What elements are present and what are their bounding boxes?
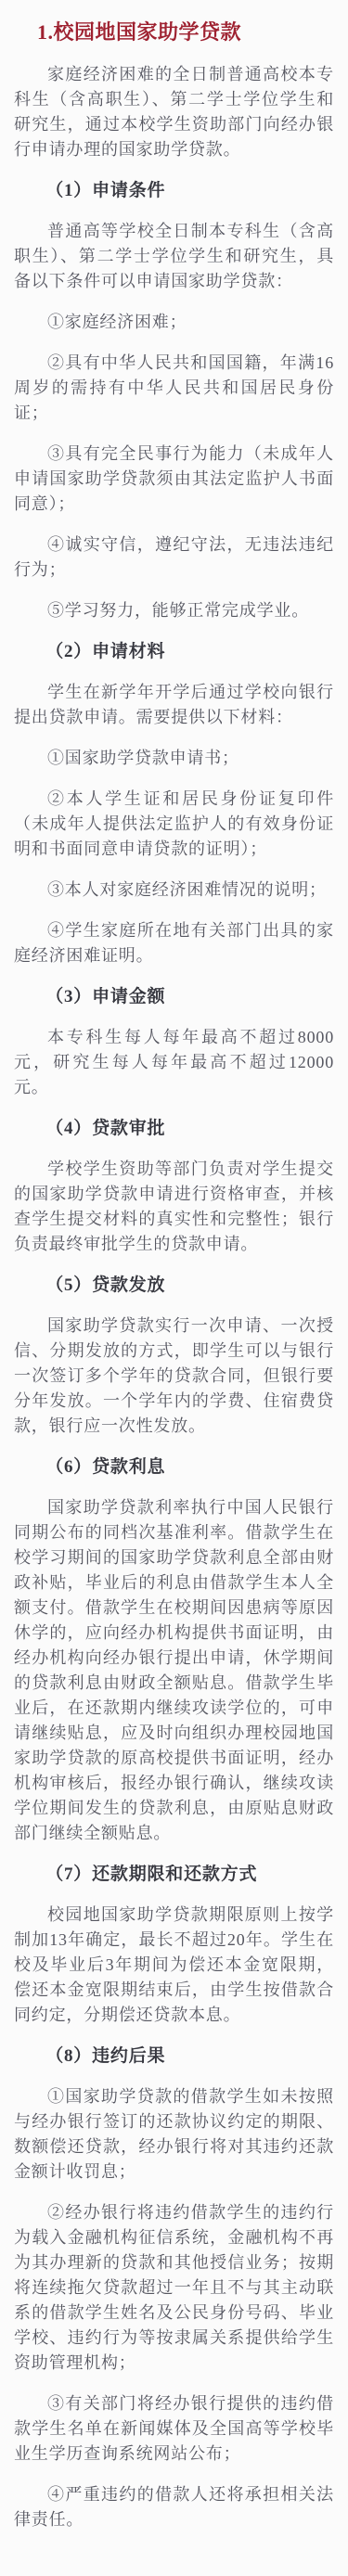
page-title: 1.校园地国家助学贷款 (14, 19, 334, 46)
section-application-materials: （2）申请材料 学生在新学年开学后通过学校向银行提出贷款申请。需要提供以下材料：… (14, 639, 334, 968)
list-item: ②经办银行将违约借款学生的违约行为载入金融机构征信系统，金融机构不再为其办理新的… (14, 2200, 334, 2376)
list-item: ④严重违约的借款人还将承担相关法律责任。 (14, 2482, 334, 2532)
paragraph: 学生在新学年开学后通过学校向银行提出贷款申请。需要提供以下材料： (14, 680, 334, 730)
list-item: ①国家助学贷款申请书； (14, 746, 334, 771)
paragraph: 校园地国家助学贷款期限原则上按学制加13年确定，最长不超过20年。学生在校及毕业… (14, 1903, 334, 2028)
list-item: ①国家助学贷款的借款学生如未按照与经办银行签订的还款协议约定的期限、数额偿还贷款… (14, 2084, 334, 2185)
list-item: ③本人对家庭经济困难情况的说明； (14, 878, 334, 903)
paragraph: 国家助学贷款实行一次申请、一次授信、分期发放的方式，即学生可以与银行一次签订多个… (14, 1314, 334, 1439)
paragraph: 国家助学贷款利率执行中国人民银行同期公布的同档次基准利率。借款学生在校学习期间的… (14, 1495, 334, 1846)
section-default-consequences: （8）违约后果 ①国家助学贷款的借款学生如未按照与经办银行签订的还款协议约定的期… (14, 2044, 334, 2532)
section-heading: （3）申请金额 (14, 984, 334, 1009)
section-heading: （8）违约后果 (14, 2044, 334, 2069)
paragraph: 本专科生每人每年最高不超过8000元，研究生每人每年最高不超过12000元。 (14, 1025, 334, 1100)
section-loan-disbursement: （5）贷款发放 国家助学贷款实行一次申请、一次授信、分期发放的方式，即学生可以与… (14, 1273, 334, 1439)
section-loan-interest: （6）贷款利息 国家助学贷款利率执行中国人民银行同期公布的同档次基准利率。借款学… (14, 1455, 334, 1846)
list-item: ④学生家庭所在地有关部门出具的家庭经济困难证明。 (14, 918, 334, 968)
section-heading: （6）贷款利息 (14, 1455, 334, 1480)
loan-policy-document: 1.校园地国家助学贷款 家庭经济困难的全日制普通高校本专科生（含高职生）、第二学… (0, 0, 348, 2576)
paragraph: 普通高等学校全日制本专科生（含高职生）、第二学士学位学生和研究生，具备以下条件可… (14, 219, 334, 294)
list-item: ③有关部门将经办银行提供的违约借款学生名单在新闻媒体及全国高等学校毕业生学历查询… (14, 2391, 334, 2467)
section-loan-approval: （4）贷款审批 学校学生资助等部门负责对学生提交的国家助学贷款申请进行资格审查，… (14, 1116, 334, 1257)
list-item: ③具有完全民事行为能力（未成年人申请国家助学贷款须由其法定监护人书面同意）； (14, 442, 334, 517)
section-heading: （5）贷款发放 (14, 1273, 334, 1298)
section-application-amount: （3）申请金额 本专科生每人每年最高不超过8000元，研究生每人每年最高不超过1… (14, 984, 334, 1100)
section-heading: （4）贷款审批 (14, 1116, 334, 1141)
section-application-conditions: （1）申请条件 普通高等学校全日制本专科生（含高职生）、第二学士学位学生和研究生… (14, 178, 334, 623)
list-item: ④诚实守信，遵纪守法，无违法违纪行为； (14, 532, 334, 583)
list-item: ②具有中华人民共和国国籍，年满16周岁的需持有中华人民共和国居民身份证； (14, 351, 334, 426)
section-repayment-terms: （7）还款期限和还款方式 校园地国家助学贷款期限原则上按学制加13年确定，最长不… (14, 1862, 334, 2028)
section-heading: （2）申请材料 (14, 639, 334, 664)
list-item: ②本人学生证和居民身份证复印件（未成年人提供法定监护人的有效身份证明和书面同意申… (14, 787, 334, 862)
list-item: ⑤学习努力，能够正常完成学业。 (14, 598, 334, 623)
intro-paragraph: 家庭经济困难的全日制普通高校本专科生（含高职生）、第二学士学位学生和研究生，通过… (14, 62, 334, 162)
paragraph: 学校学生资助等部门负责对学生提交的国家助学贷款申请进行资格审查，并核查学生提交材… (14, 1157, 334, 1257)
section-heading: （7）还款期限和还款方式 (14, 1862, 334, 1887)
list-item: ①家庭经济困难； (14, 310, 334, 335)
section-heading: （1）申请条件 (14, 178, 334, 203)
